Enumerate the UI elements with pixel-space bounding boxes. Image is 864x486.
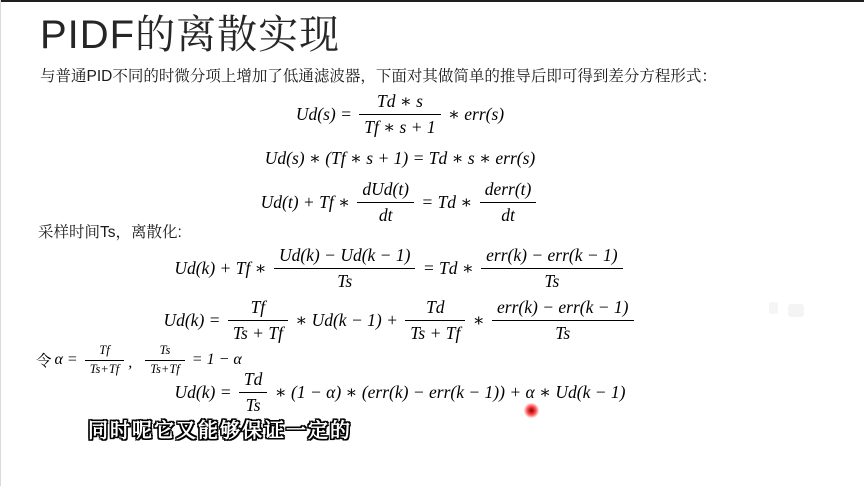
math-text: , [127, 348, 142, 372]
fraction: dUd(t) dt [357, 179, 414, 224]
math-text: ∗ err(s) [444, 104, 505, 125]
fraction-denominator: Tf ∗ s + 1 [359, 114, 440, 137]
laser-pointer-dot [524, 403, 539, 418]
fraction-numerator: Ud(k) − Ud(k − 1) [274, 245, 416, 267]
fraction: err(k) − err(k − 1) Ts [492, 297, 634, 342]
math-text: = Td ∗ [417, 192, 477, 213]
fraction: Ud(k) − Ud(k − 1) Ts [274, 245, 416, 290]
math-text: Ud(s) ∗ (Tf ∗ s + 1) = Td ∗ s ∗ err(s) [265, 148, 536, 169]
subtitle-caption: 同时呢它又能够保证一定的 [88, 414, 352, 443]
math-text: α = [55, 351, 82, 369]
formula-final-difference: Ud(k) = Td Ts ∗ (1 − α) ∗ (err(k) − err(… [0, 371, 800, 413]
math-text: ∗ (1 − α) ∗ (err(k) − err(k − 1)) + α ∗ … [270, 382, 625, 403]
intro-text: 与普通PID不同的时微分项上增加了低通滤波器，下面对其做简单的推导后即可得到差分… [40, 66, 717, 88]
formula-discretized: Ud(k) + Tf ∗ Ud(k) − Ud(k − 1) Ts = Td ∗… [0, 246, 800, 290]
math-text: Ud(k) + Tf ∗ [174, 258, 271, 279]
fraction-denominator: Ts + Tf [405, 320, 465, 343]
fraction: Td Ts [239, 369, 267, 414]
fraction: Tf Ts + Tf [228, 297, 288, 342]
math-text: ∗ [468, 310, 489, 331]
sampling-note: 采样时间Ts，离散化: [38, 220, 182, 242]
faint-artifact [769, 302, 778, 314]
fraction-numerator: Td [405, 297, 465, 319]
page-title: PIDF的离散实现 [40, 12, 340, 58]
fraction-denominator: Ts [274, 268, 416, 291]
formula-laplace: Ud(s) = Td ∗ s Tf ∗ s + 1 ∗ err(s) [0, 90, 800, 138]
window-top-border [0, 0, 864, 2]
math-text: = 1 − α [188, 351, 242, 369]
fraction-denominator: Ts [492, 320, 634, 343]
faint-artifact [788, 304, 804, 317]
math-text: Ud(k) = [163, 310, 224, 331]
math-text: Ud(t) + Tf ∗ [261, 192, 355, 213]
fraction-numerator: Td ∗ s [359, 91, 440, 113]
window-left-border [0, 0, 1, 486]
fraction-numerator: Tf [85, 344, 125, 360]
math-text: Ud(k) = [175, 382, 236, 403]
fraction-numerator: derr(t) [480, 179, 537, 201]
math-text: ∗ Ud(k − 1) + [291, 310, 402, 331]
fraction-numerator: Ts [145, 344, 185, 360]
formula-cross-multiplied: Ud(s) ∗ (Tf ∗ s + 1) = Td ∗ s ∗ err(s) [0, 146, 800, 170]
math-text: Ud(s) = [296, 104, 356, 125]
fraction-denominator: Ts + Tf [228, 320, 288, 343]
fraction-denominator: Ts [239, 392, 267, 415]
fraction: derr(t) dt [480, 179, 537, 224]
math-text: = Td ∗ [418, 258, 478, 279]
math-text: 令 [36, 349, 52, 371]
fraction: Td Ts + Tf [405, 297, 465, 342]
fraction-denominator: dt [480, 202, 537, 225]
fraction-denominator: dt [357, 202, 414, 225]
slide: { "slide": { "title": "PIDF的离散实现", "intr… [0, 0, 864, 486]
fraction-numerator: err(k) − err(k − 1) [481, 245, 623, 267]
fraction-numerator: dUd(t) [357, 179, 414, 201]
fraction-numerator: err(k) − err(k − 1) [492, 297, 634, 319]
fraction-numerator: Tf [228, 297, 288, 319]
fraction-numerator: Td [239, 369, 267, 391]
formula-time-domain: Ud(t) + Tf ∗ dUd(t) dt = Td ∗ derr(t) dt [0, 181, 800, 223]
fraction: err(k) − err(k − 1) Ts [481, 245, 623, 290]
fraction-denominator: Ts [481, 268, 623, 291]
fraction: Td ∗ s Tf ∗ s + 1 [359, 91, 440, 136]
formula-recurrence: Ud(k) = Tf Ts + Tf ∗ Ud(k − 1) + Td Ts +… [0, 298, 800, 342]
